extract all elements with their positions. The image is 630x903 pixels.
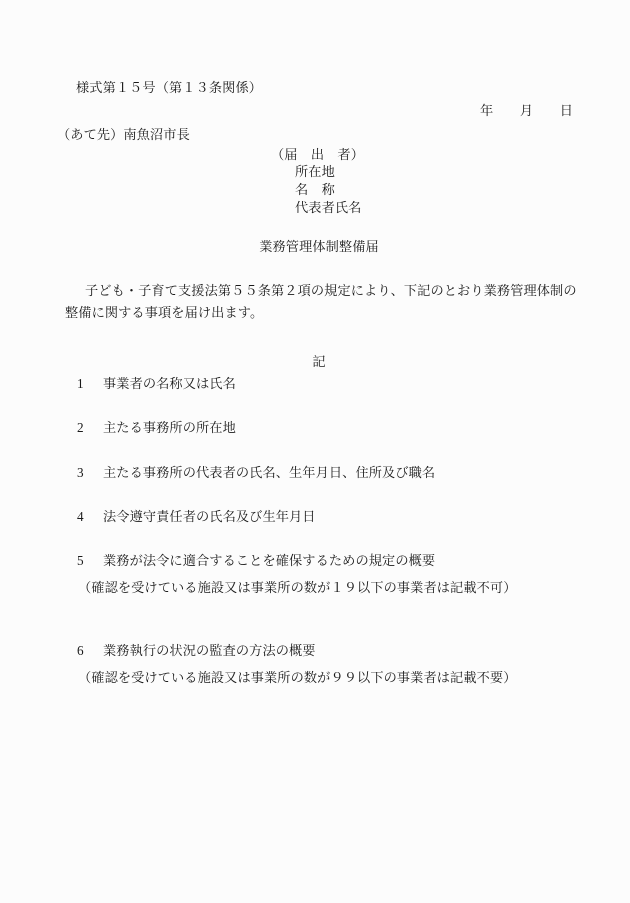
list-item-2-number: 2 — [77, 418, 103, 438]
list-item-3-number: 3 — [77, 463, 103, 483]
list-item-5-number: 5 — [77, 551, 103, 571]
submitter-field-representative: 代表者氏名 — [295, 198, 361, 218]
list-item-2-text: 主たる事務所の所在地 — [103, 420, 236, 435]
document-page: 様式第１５号（第１３条関係） 年 月 日 （あて先）南魚沼市長 （届 出 者） … — [0, 0, 630, 903]
document-title: 業務管理体制整備届 — [65, 237, 573, 257]
addressee-line: （あて先）南魚沼市長 — [57, 125, 190, 145]
list-marker: 記 — [65, 352, 573, 372]
list-item-4-text: 法令遵守責任者の氏名及び生年月日 — [103, 509, 316, 524]
list-item-3-text: 主たる事務所の代表者の氏名、生年月日、住所及び職名 — [103, 465, 435, 480]
form-number: 様式第１５号（第１３条関係） — [76, 78, 262, 98]
list-item-2: 2主たる事務所の所在地 — [77, 418, 236, 438]
submitter-field-name: 名 称 — [295, 180, 335, 200]
list-item-1: 1事業者の名称又は氏名 — [77, 374, 236, 394]
intro-line-1: 子ども・子育て支援法第５５条第２項の規定により、下記のとおり業務管理体制の — [65, 281, 577, 301]
submitter-field-address: 所在地 — [295, 162, 335, 182]
list-item-6-text: 業務執行の状況の監査の方法の概要 — [103, 643, 316, 658]
list-item-3: 3主たる事務所の代表者の氏名、生年月日、住所及び職名 — [77, 463, 435, 483]
list-item-4-number: 4 — [77, 507, 103, 527]
list-item-6-number: 6 — [77, 641, 103, 661]
intro-line-2: 整備に関する事項を届け出ます。 — [65, 303, 263, 323]
list-item-5-note: （確認を受けている施設又は事業所の数が１９以下の事業者は記載不可） — [78, 578, 516, 598]
list-item-5-text: 業務が法令に適合することを確保するための規定の概要 — [103, 553, 435, 568]
list-item-1-text: 事業者の名称又は氏名 — [103, 376, 236, 391]
list-item-6: 6業務執行の状況の監査の方法の概要 — [77, 641, 316, 661]
list-item-5: 5業務が法令に適合することを確保するための規定の概要 — [77, 551, 435, 571]
list-item-1-number: 1 — [77, 374, 103, 394]
date-line: 年 月 日 — [480, 101, 573, 121]
list-item-6-note: （確認を受けている施設又は事業所の数が９９以下の事業者は記載不要） — [78, 668, 516, 688]
list-item-4: 4法令遵守責任者の氏名及び生年月日 — [77, 507, 316, 527]
